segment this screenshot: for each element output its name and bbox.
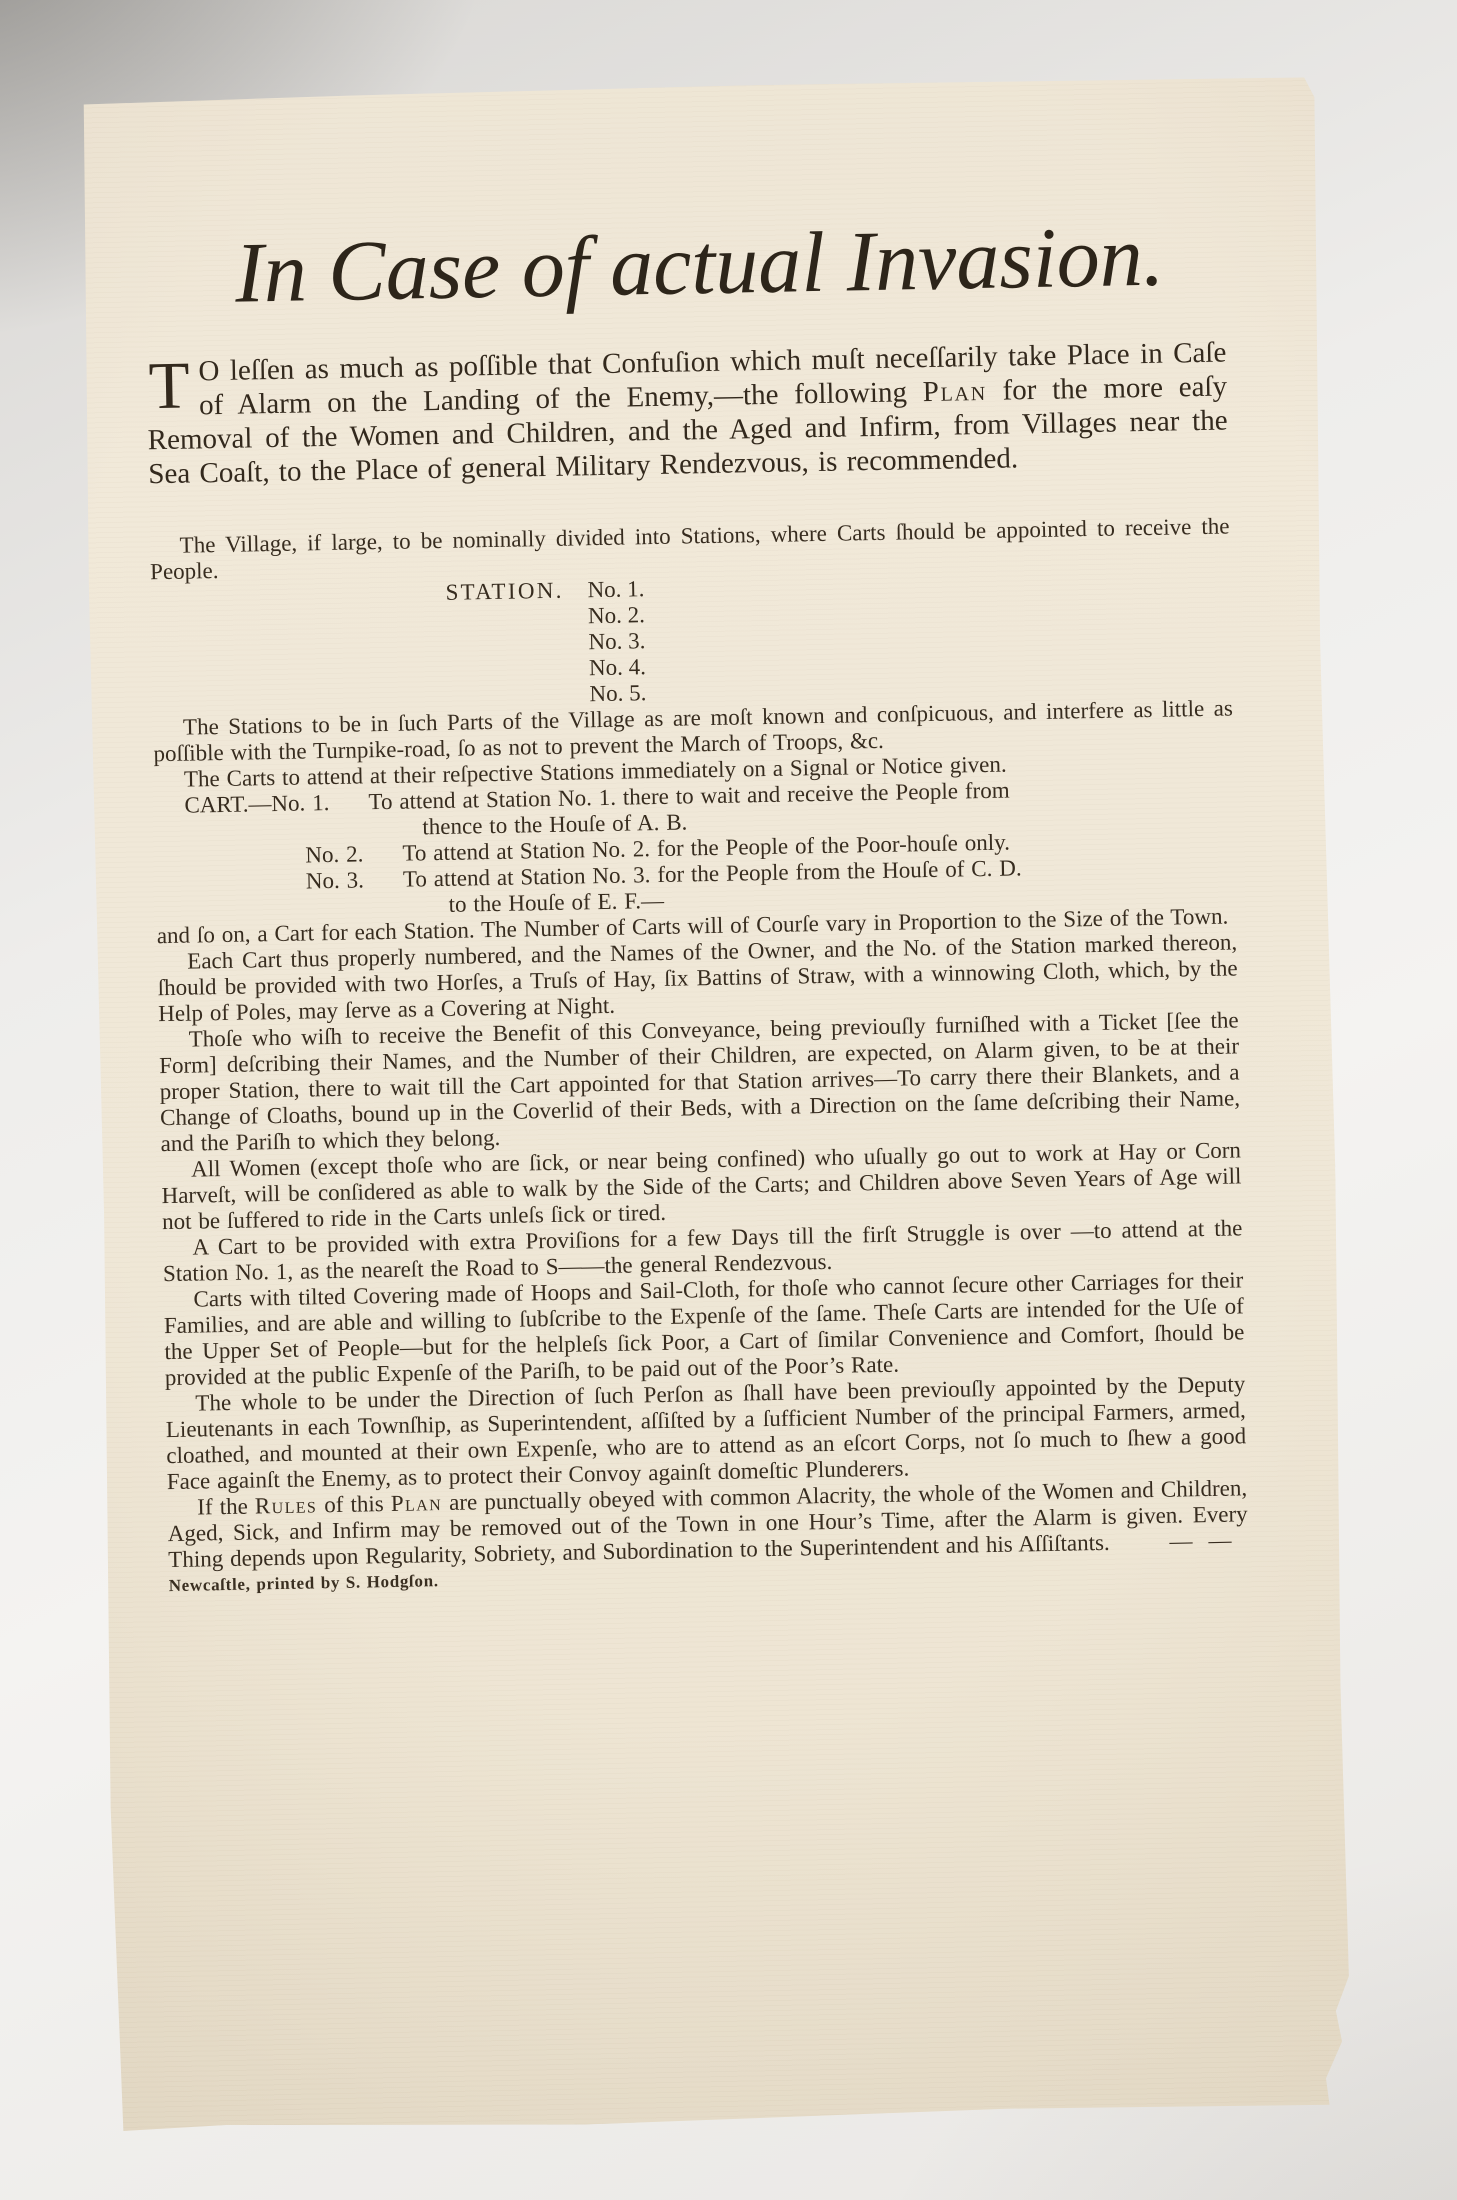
station-list: STATION.No. 1. No. 2. No. 3. No. 4. No. …: [150, 565, 1232, 715]
rules-smallcaps: Rules: [255, 1492, 318, 1518]
cart-3-label: No. 3.: [306, 867, 364, 893]
station-no-1: No. 1.: [587, 576, 644, 602]
station-heading-spacer: [448, 701, 590, 704]
cart-2-label: No. 2.: [305, 841, 363, 867]
paragraph-tilted-carts: Carts with tilted Covering made of Hoops…: [163, 1267, 1245, 1391]
station-no-2: No. 2.: [588, 602, 645, 628]
rules-text-1: If the: [197, 1493, 255, 1519]
cart-1-label: CART.—No. 1.: [184, 790, 329, 818]
photo-backdrop: In Case of actual Invasion. TO leſſen as…: [0, 0, 1457, 2200]
station-no-4: No. 4.: [589, 654, 646, 680]
station-no-3: No. 3.: [588, 628, 645, 654]
body-text: The Village, if large, to be nominally d…: [149, 513, 1248, 1599]
paragraph-superintendent: The whole to be under the Direction of ſ…: [165, 1371, 1247, 1495]
station-heading-spacer: [446, 623, 588, 626]
station-heading-spacer: [447, 649, 589, 652]
station-heading-spacer: [447, 675, 589, 678]
intro-paragraph: TO leſſen as much as poſſible that Confu…: [146, 335, 1228, 491]
drop-cap: T: [146, 354, 199, 415]
document-title: In Case of actual Invasion.: [144, 208, 1256, 321]
plan-smallcaps: Plan: [922, 375, 987, 408]
station-no-5: No. 5.: [589, 680, 646, 706]
paragraph-those-who-wish: Thoſe who wiſh to receive the Benefit of…: [158, 1007, 1240, 1157]
end-dash: — —: [1169, 1527, 1236, 1553]
rules-text-2: of this: [317, 1491, 391, 1517]
broadside-paper: In Case of actual Invasion. TO leſſen as…: [77, 75, 1352, 2133]
plan-smallcaps-2: Plan: [391, 1490, 443, 1516]
station-heading: STATION.: [445, 577, 587, 606]
